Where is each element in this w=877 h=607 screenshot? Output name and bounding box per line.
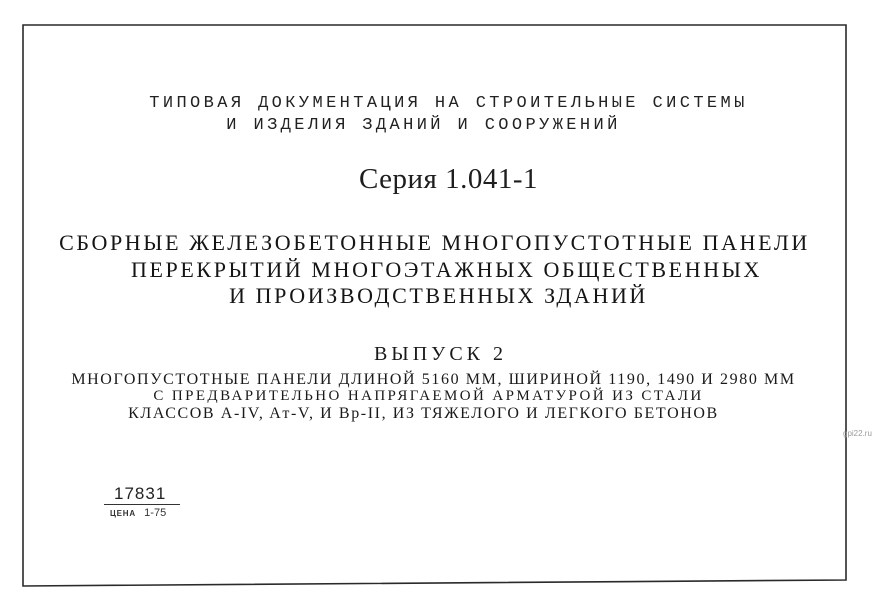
- title-line-1: СБОРНЫЕ ЖЕЛЕЗОБЕТОННЫЕ МНОГОПУСТОТНЫЕ ПА…: [0, 232, 873, 254]
- description-line-2: С ПРЕДВАРИТЕЛЬНО НАПРЯГАЕМОЙ АРМАТУРОЙ И…: [0, 389, 867, 404]
- title-line-3: И ПРОИЗВОДСТВЕННЫХ ЗДАНИЙ: [0, 285, 877, 307]
- catalog-block: 17831 ЦЕНА 1-75: [110, 485, 190, 520]
- price-label: ЦЕНА: [110, 509, 136, 518]
- catalog-number: 17831: [110, 485, 190, 503]
- price-value: 1-75: [144, 507, 166, 519]
- description-line-1: МНОГОПУСТОТНЫЕ ПАНЕЛИ ДЛИНОЙ 5160 ММ, ШИ…: [0, 372, 872, 388]
- title-line-2: ПЕРЕКРЫТИЙ МНОГОЭТАЖНЫХ ОБЩЕСТВЕННЫХ: [8, 259, 877, 281]
- header-line-2: И ИЗДЕЛИЯ ЗДАНИЙ И СООРУЖЕНИЙ: [0, 117, 862, 134]
- header-line-1: ТИПОВАЯ ДОКУМЕНТАЦИЯ НА СТРОИТЕЛЬНЫЕ СИС…: [10, 95, 877, 112]
- description-line-3: КЛАССОВ A-IV, Aт-V, И Вр-II, ИЗ ТЯЖЕЛОГО…: [0, 406, 862, 422]
- series-number: Серия 1.041-1: [10, 165, 877, 194]
- price-row: ЦЕНА 1-75: [110, 507, 190, 520]
- catalog-divider: [104, 504, 180, 505]
- watermark-text: gpi22.ru: [843, 429, 872, 438]
- issue-number: ВЫПУСК 2: [2, 344, 877, 364]
